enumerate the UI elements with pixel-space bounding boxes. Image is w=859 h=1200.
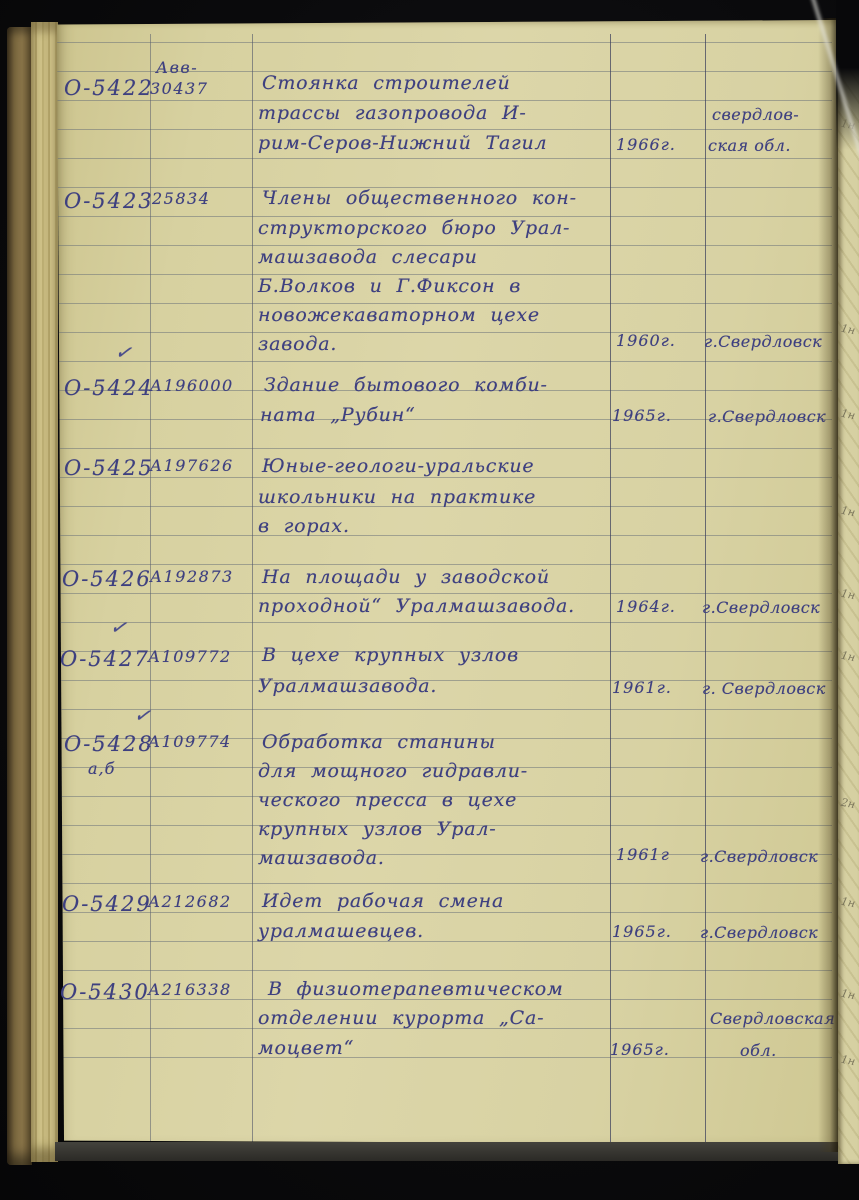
pencil-mark: 1н [840, 407, 857, 423]
pencil-mark: 1н [840, 1053, 857, 1069]
archive-photo: О-5422Авв-30437Стоянка строителейтрассы … [0, 0, 859, 1200]
pencil-mark: 1н [840, 895, 857, 911]
pencil-mark: 1н [840, 322, 857, 338]
pencil-mark: 1н [840, 504, 857, 520]
pencil-mark: 2н [840, 796, 857, 812]
pencil-mark: 1н [840, 587, 857, 603]
pencil-mark: 1н [840, 649, 857, 665]
margin-pencil-marks: 1н1н1н1н1н1н2н1н1н1н [0, 0, 859, 1200]
pencil-mark: 1н [840, 987, 857, 1003]
